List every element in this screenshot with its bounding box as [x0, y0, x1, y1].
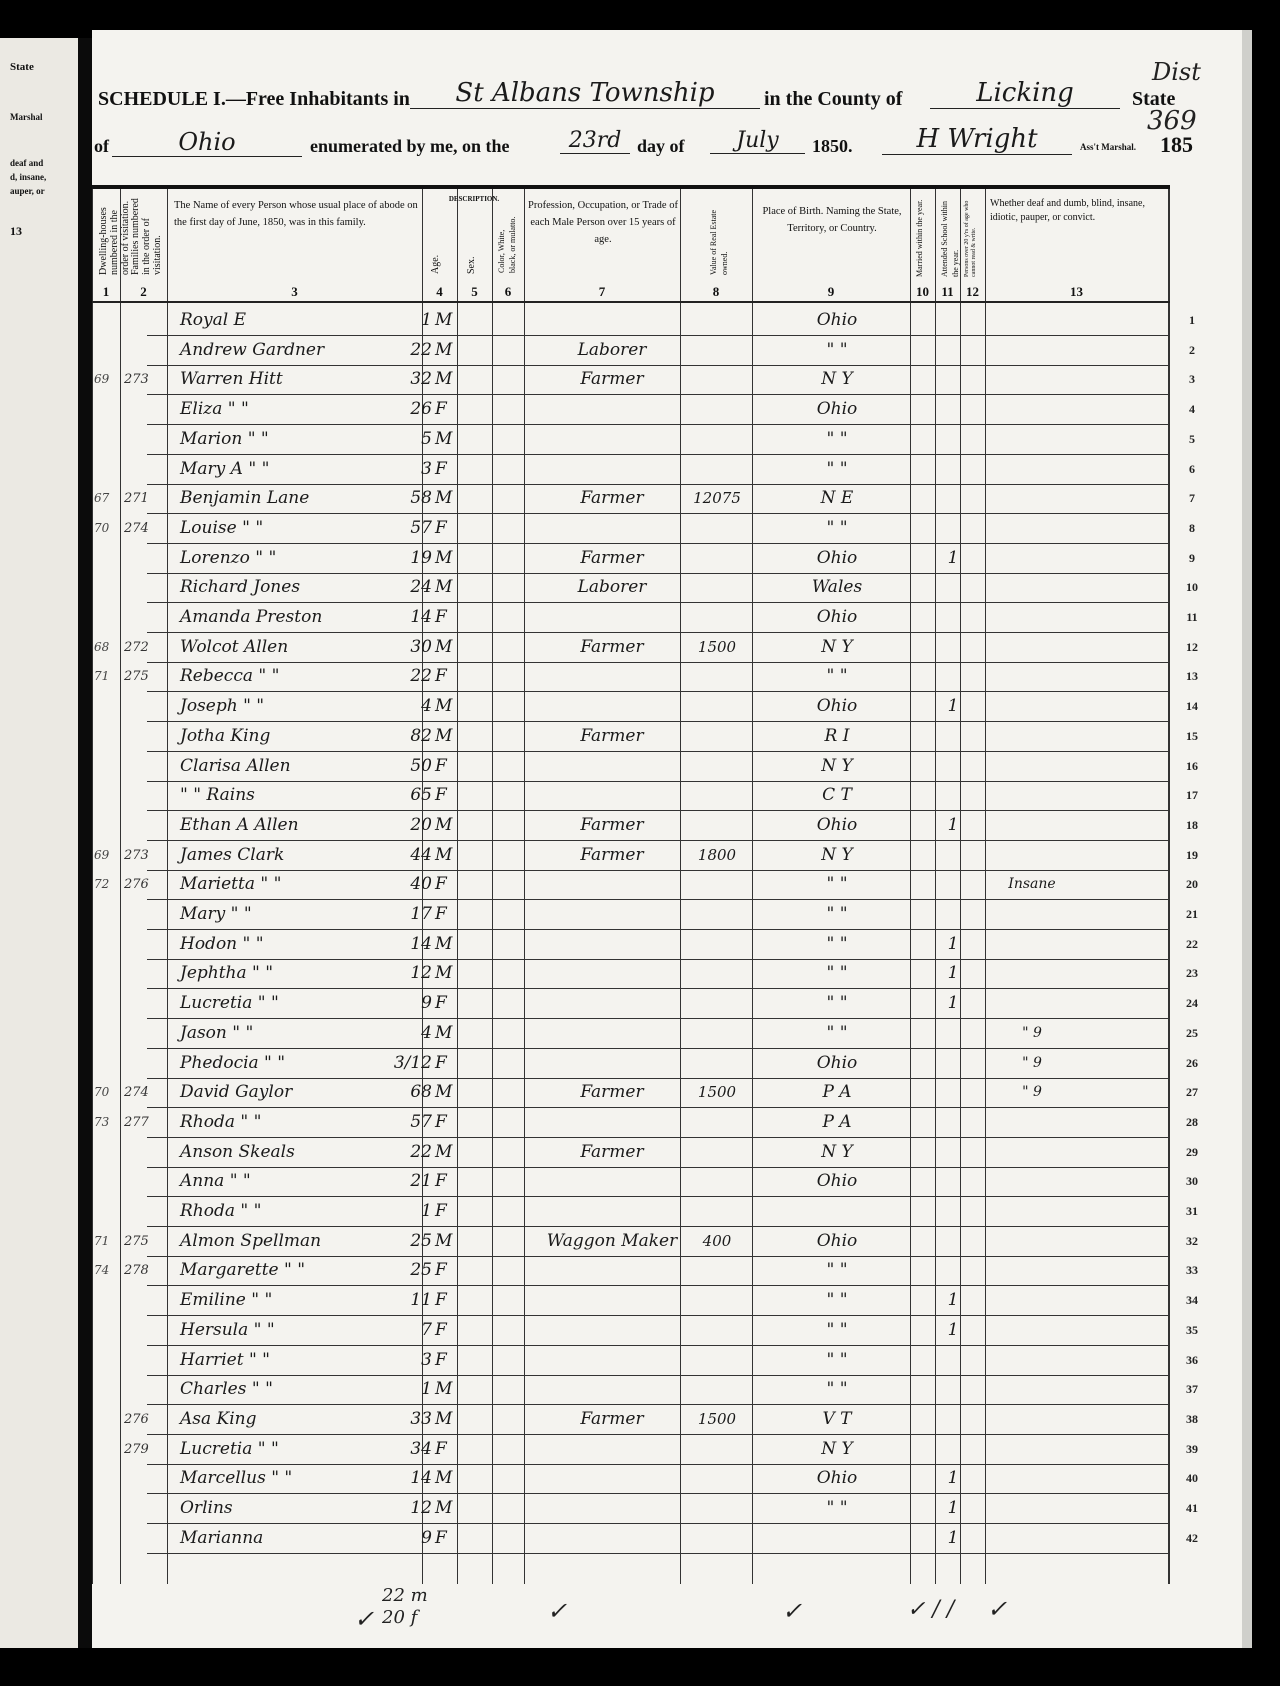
sex: M — [435, 1020, 465, 1047]
sex: M — [435, 1495, 465, 1522]
attended-school-mark — [942, 753, 964, 780]
dwelling-number — [94, 931, 122, 958]
age: 34 — [392, 1436, 432, 1463]
real-estate-value — [682, 1465, 752, 1492]
remarks — [987, 1495, 1077, 1522]
attended-school-mark — [942, 604, 964, 631]
dwelling-number — [94, 753, 122, 780]
remarks — [987, 1109, 1077, 1136]
table-row: Hodon " " 14 M " " 1 22 — [92, 929, 1170, 960]
age: 82 — [392, 723, 432, 750]
remarks — [987, 1139, 1077, 1166]
family-number — [124, 1495, 164, 1522]
line-number: 1 — [1172, 307, 1212, 334]
age: 24 — [392, 574, 432, 601]
month-field: July — [710, 128, 805, 154]
table-row: 72 276 Marietta " " 40 F " " Insane 20 — [92, 869, 1170, 900]
birthplace: N Y — [792, 753, 882, 780]
day-of-label: day of — [637, 136, 685, 157]
dwelling-number: 69 — [94, 366, 122, 393]
birthplace: C T — [792, 782, 882, 809]
row-rule — [147, 1553, 1170, 1554]
line-number: 32 — [1172, 1228, 1212, 1255]
remarks: " 9 — [987, 1079, 1077, 1106]
age: 68 — [392, 1079, 432, 1106]
remarks — [987, 1228, 1077, 1255]
col-number: 7 — [524, 284, 680, 300]
attended-school-mark: 1 — [942, 1287, 964, 1314]
attended-school-mark — [942, 1050, 964, 1077]
age: 32 — [392, 366, 432, 393]
real-estate-value — [682, 1525, 752, 1552]
remarks — [987, 604, 1077, 631]
prev-page-col13-number: 13 — [10, 224, 22, 238]
real-estate-value: 400 — [682, 1228, 752, 1255]
scan-border-bottom — [0, 1648, 1280, 1686]
table-row: Lucretia " " 9 F " " 1 24 — [92, 988, 1170, 1019]
real-estate-value — [682, 515, 752, 542]
sex: F — [435, 1109, 465, 1136]
family-number: 279 — [124, 1436, 164, 1463]
dwelling-number — [94, 396, 122, 423]
family-number: 271 — [124, 485, 164, 512]
table-row: Anson Skeals 22 M Farmer N Y 29 — [92, 1137, 1170, 1168]
attended-school-mark — [942, 1020, 964, 1047]
attended-school-mark — [942, 1079, 964, 1106]
family-number: 274 — [124, 1079, 164, 1106]
real-estate-value: 1500 — [682, 634, 752, 661]
remarks — [987, 753, 1077, 780]
remarks — [987, 1525, 1077, 1552]
sex: M — [435, 366, 465, 393]
real-estate-value: 1500 — [682, 1406, 752, 1433]
age: 58 — [392, 485, 432, 512]
age: 22 — [392, 337, 432, 364]
family-number — [124, 1050, 164, 1077]
table-row: Clarisa Allen 50 F N Y 16 — [92, 751, 1170, 782]
age: 14 — [392, 604, 432, 631]
age: 5 — [392, 426, 432, 453]
attended-school-mark — [942, 842, 964, 869]
birthplace: P A — [792, 1079, 882, 1106]
family-number — [124, 1347, 164, 1374]
dwelling-number — [94, 1020, 122, 1047]
age: 9 — [392, 1525, 432, 1552]
real-estate-value — [682, 1436, 752, 1463]
age: 20 — [392, 812, 432, 839]
dwelling-number — [94, 1465, 122, 1492]
dwelling-number — [94, 1198, 122, 1225]
remarks — [987, 1406, 1077, 1433]
table-row: 71 275 Rebecca " " 22 F " " 13 — [92, 661, 1170, 692]
table-row: Richard Jones 24 M Laborer Wales 10 — [92, 572, 1170, 603]
line-number: 24 — [1172, 990, 1212, 1017]
table-row: Lorenzo " " 19 M Farmer Ohio 1 9 — [92, 543, 1170, 574]
real-estate-value — [682, 871, 752, 898]
dwelling-number: 73 — [94, 1109, 122, 1136]
sex: F — [435, 515, 465, 542]
family-number — [124, 1020, 164, 1047]
attended-school-mark — [942, 396, 964, 423]
real-estate-value — [682, 812, 752, 839]
dwelling-number — [94, 456, 122, 483]
attended-school-mark — [942, 1228, 964, 1255]
col6-header: Color, White, black, or mulatto. — [496, 211, 518, 273]
table-row: 74 278 Margarette " " 25 F " " 33 — [92, 1255, 1170, 1286]
description-group-header: DESCRIPTION. — [424, 191, 524, 208]
age: 4 — [392, 1020, 432, 1047]
table-row: Marianna 9 F 1 42 — [92, 1523, 1170, 1554]
dwelling-number — [94, 960, 122, 987]
tally-check-4: ✓ / / — [907, 1597, 954, 1622]
dwelling-number — [94, 1495, 122, 1522]
attended-school-mark: 1 — [942, 1525, 964, 1552]
printed-page-number: 185 — [1160, 132, 1193, 158]
attended-school-mark: 1 — [942, 990, 964, 1017]
dwelling-number — [94, 604, 122, 631]
real-estate-value — [682, 1198, 752, 1225]
birthplace — [792, 1198, 882, 1225]
birthplace: " " — [792, 901, 882, 928]
birthplace: " " — [792, 960, 882, 987]
birthplace: Ohio — [792, 693, 882, 720]
age: 4 — [392, 693, 432, 720]
sex: F — [435, 990, 465, 1017]
corner-annotation: Dist — [1152, 58, 1201, 86]
real-estate-value — [682, 960, 752, 987]
real-estate-value — [682, 307, 752, 334]
table-row: 67 271 Benjamin Lane 58 M Farmer 12075 N… — [92, 483, 1170, 514]
line-number: 36 — [1172, 1347, 1212, 1374]
line-number: 35 — [1172, 1317, 1212, 1344]
tally-check-2: ✓ — [547, 1597, 567, 1625]
sex: M — [435, 426, 465, 453]
sex: M — [435, 337, 465, 364]
prev-page-col13-fragment-3: auper, or — [10, 184, 45, 198]
sex: M — [435, 1079, 465, 1106]
age: 57 — [392, 515, 432, 542]
real-estate-value — [682, 723, 752, 750]
table-row: Marion " " 5 M " " 5 — [92, 424, 1170, 455]
attended-school-mark — [942, 515, 964, 542]
age: 3 — [392, 456, 432, 483]
table-row: Andrew Gardner 22 M Laborer " " 2 — [92, 335, 1170, 366]
birthplace: P A — [792, 1109, 882, 1136]
remarks — [987, 1347, 1077, 1374]
real-estate-value — [682, 1020, 752, 1047]
remarks — [987, 485, 1077, 512]
age: 30 — [392, 634, 432, 661]
age: 11 — [392, 1287, 432, 1314]
dwelling-number — [94, 812, 122, 839]
line-number: 5 — [1172, 426, 1212, 453]
attended-school-mark — [942, 901, 964, 928]
line-number: 4 — [1172, 396, 1212, 423]
birthplace: " " — [792, 1020, 882, 1047]
birthplace: N E — [792, 485, 882, 512]
age: 3/12 — [392, 1050, 432, 1077]
birthplace: " " — [792, 871, 882, 898]
age: 19 — [392, 545, 432, 572]
schedule-title: SCHEDULE I.—Free Inhabitants in — [98, 88, 410, 111]
birthplace: Ohio — [792, 1228, 882, 1255]
line-number: 8 — [1172, 515, 1212, 542]
remarks — [987, 663, 1077, 690]
birthplace: N Y — [792, 634, 882, 661]
dwelling-number — [94, 1376, 122, 1403]
attended-school-mark — [942, 485, 964, 512]
birthplace: " " — [792, 1317, 882, 1344]
real-estate-value: 1500 — [682, 1079, 752, 1106]
family-number: 277 — [124, 1109, 164, 1136]
age: 50 — [392, 753, 432, 780]
col-number: 12 — [960, 284, 985, 300]
line-number: 13 — [1172, 663, 1212, 690]
line-number: 27 — [1172, 1079, 1212, 1106]
dwelling-number — [94, 307, 122, 334]
line-number: 33 — [1172, 1257, 1212, 1284]
state-field: Ohio — [112, 128, 302, 157]
line-number: 14 — [1172, 693, 1212, 720]
line-number: 9 — [1172, 545, 1212, 572]
attended-school-mark: 1 — [942, 1495, 964, 1522]
line-number: 18 — [1172, 812, 1212, 839]
line-number: 34 — [1172, 1287, 1212, 1314]
table-row: 73 277 Rhoda " " 57 F P A 28 — [92, 1107, 1170, 1138]
col11-header: Attended School within the year. — [939, 193, 961, 277]
dwelling-number — [94, 782, 122, 809]
remarks — [987, 901, 1077, 928]
attended-school-mark: 1 — [942, 1465, 964, 1492]
real-estate-value: 1800 — [682, 842, 752, 869]
remarks — [987, 396, 1077, 423]
family-number — [124, 574, 164, 601]
line-number: 28 — [1172, 1109, 1212, 1136]
family-number — [124, 1465, 164, 1492]
marshal-label: Ass't Marshal. — [1080, 142, 1136, 152]
dwelling-number — [94, 1436, 122, 1463]
family-number — [124, 1317, 164, 1344]
col10-header: Married within the year. — [914, 193, 925, 277]
dwelling-number: 69 — [94, 842, 122, 869]
dwelling-number — [94, 1317, 122, 1344]
real-estate-value — [682, 1287, 752, 1314]
dwelling-number — [94, 901, 122, 928]
line-number: 17 — [1172, 782, 1212, 809]
sex: M — [435, 1228, 465, 1255]
dwelling-number: 71 — [94, 1228, 122, 1255]
sex: F — [435, 1168, 465, 1195]
col5-header: Sex. — [466, 239, 477, 274]
family-number: 275 — [124, 663, 164, 690]
attended-school-mark: 1 — [942, 693, 964, 720]
age: 22 — [392, 1139, 432, 1166]
line-number: 40 — [1172, 1465, 1212, 1492]
col-number: 10 — [910, 284, 935, 300]
sex: M — [435, 307, 465, 334]
dwelling-number — [94, 1347, 122, 1374]
table-row: Hersula " " 7 F " " 1 35 — [92, 1315, 1170, 1346]
age: 1 — [392, 1198, 432, 1225]
sex: M — [435, 723, 465, 750]
table-row: Mary " " 17 F " " 21 — [92, 899, 1170, 930]
remarks — [987, 1198, 1077, 1225]
sex: F — [435, 871, 465, 898]
dwelling-number — [94, 1525, 122, 1552]
age: 57 — [392, 1109, 432, 1136]
sex: M — [435, 960, 465, 987]
remarks — [987, 842, 1077, 869]
header-line-2: of Ohio enumerated by me, on the 23rd da… — [92, 128, 1242, 168]
remarks — [987, 307, 1077, 334]
family-number — [124, 782, 164, 809]
birthplace: Ohio — [792, 604, 882, 631]
real-estate-value — [682, 1495, 752, 1522]
line-number: 21 — [1172, 901, 1212, 928]
birthplace: " " — [792, 337, 882, 364]
family-number — [124, 931, 164, 958]
binding-shadow — [78, 38, 92, 1648]
total-males: 22 m — [382, 1585, 428, 1606]
remarks — [987, 456, 1077, 483]
attended-school-mark — [942, 1198, 964, 1225]
age: 26 — [392, 396, 432, 423]
remarks — [987, 1168, 1077, 1195]
age: 44 — [392, 842, 432, 869]
attended-school-mark — [942, 307, 964, 334]
sex: F — [435, 782, 465, 809]
family-number — [124, 1198, 164, 1225]
family-number — [124, 990, 164, 1017]
sex: F — [435, 1525, 465, 1552]
family-number: 274 — [124, 515, 164, 542]
family-number — [124, 1168, 164, 1195]
family-number — [124, 396, 164, 423]
birthplace: " " — [792, 515, 882, 542]
real-estate-value — [682, 366, 752, 393]
real-estate-value — [682, 456, 752, 483]
age: 21 — [392, 1168, 432, 1195]
col9-header: Place of Birth. Naming the State, Territ… — [757, 203, 907, 237]
table-row: Jotha King 82 M Farmer R I 15 — [92, 721, 1170, 752]
col-number: 5 — [457, 284, 492, 300]
line-number: 41 — [1172, 1495, 1212, 1522]
table-row: Anna " " 21 F Ohio 30 — [92, 1166, 1170, 1197]
col12-header: Persons over 20 y'rs of age who cannot r… — [964, 193, 978, 277]
county-label: in the County of — [764, 88, 902, 111]
age: 9 — [392, 990, 432, 1017]
sex: M — [435, 693, 465, 720]
sex: F — [435, 396, 465, 423]
birthplace: Ohio — [792, 545, 882, 572]
family-number — [124, 604, 164, 631]
dwelling-number — [94, 990, 122, 1017]
prev-page-marshal-label: Marshal — [10, 110, 43, 124]
sex: M — [435, 1376, 465, 1403]
attended-school-mark: 1 — [942, 960, 964, 987]
birthplace: " " — [792, 1495, 882, 1522]
family-number — [124, 960, 164, 987]
age: 14 — [392, 1465, 432, 1492]
table-row: Eliza " " 26 F Ohio 4 — [92, 394, 1170, 425]
real-estate-value — [682, 604, 752, 631]
family-number — [124, 545, 164, 572]
remarks — [987, 515, 1077, 542]
line-number: 3 — [1172, 366, 1212, 393]
age: 1 — [392, 307, 432, 334]
remarks — [987, 574, 1077, 601]
birthplace: Ohio — [792, 1050, 882, 1077]
remarks: " 9 — [987, 1020, 1077, 1047]
remarks — [987, 1317, 1077, 1344]
real-estate-value — [682, 753, 752, 780]
real-estate-value — [682, 1139, 752, 1166]
table-row: Orlins 12 M " " 1 41 — [92, 1493, 1170, 1524]
scan-border-top — [0, 0, 1280, 30]
birthplace: Ohio — [792, 396, 882, 423]
table-row: 68 272 Wolcot Allen 30 M Farmer 1500 N Y… — [92, 632, 1170, 663]
birthplace: " " — [792, 931, 882, 958]
age: 12 — [392, 1495, 432, 1522]
real-estate-value — [682, 782, 752, 809]
birthplace: Ohio — [792, 812, 882, 839]
sex: M — [435, 1465, 465, 1492]
table-row: Emiline " " 11 F " " 1 34 — [92, 1285, 1170, 1316]
col-number: 2 — [120, 284, 167, 300]
attended-school-mark — [942, 1347, 964, 1374]
attended-school-mark — [942, 456, 964, 483]
col4-header: Age. — [430, 239, 441, 274]
real-estate-value — [682, 1050, 752, 1077]
header-line-1: SCHEDULE I.—Free Inhabitants in St Alban… — [92, 78, 1242, 118]
family-number — [124, 1376, 164, 1403]
remarks — [987, 1465, 1077, 1492]
line-number: 19 — [1172, 842, 1212, 869]
remarks: Insane — [987, 871, 1077, 898]
family-number: 273 — [124, 842, 164, 869]
township-field: St Albans Township — [410, 78, 760, 109]
dwelling-number — [94, 693, 122, 720]
family-number — [124, 307, 164, 334]
line-number: 29 — [1172, 1139, 1212, 1166]
real-estate-value — [682, 1168, 752, 1195]
line-number: 20 — [1172, 871, 1212, 898]
prev-page-col13-fragment-1: deaf and — [10, 156, 43, 170]
attended-school-mark — [942, 366, 964, 393]
attended-school-mark — [942, 337, 964, 364]
col-number: 11 — [935, 284, 960, 300]
col-number: 13 — [985, 284, 1168, 300]
sex: F — [435, 604, 465, 631]
attended-school-mark — [942, 426, 964, 453]
real-estate-value — [682, 574, 752, 601]
sex: M — [435, 545, 465, 572]
line-number: 26 — [1172, 1050, 1212, 1077]
scan-border-right — [1242, 30, 1280, 1650]
dwelling-number — [94, 426, 122, 453]
tally-check-1: ✓ — [354, 1605, 374, 1633]
family-number: 276 — [124, 871, 164, 898]
birthplace: V T — [792, 1406, 882, 1433]
table-row: 71 275 Almon Spellman 25 M Waggon Maker … — [92, 1226, 1170, 1257]
family-number: 278 — [124, 1257, 164, 1284]
col-number: 3 — [167, 284, 422, 300]
sex: M — [435, 574, 465, 601]
attended-school-mark: 1 — [942, 812, 964, 839]
attended-school-mark: 1 — [942, 1317, 964, 1344]
remarks — [987, 782, 1077, 809]
birthplace — [792, 1525, 882, 1552]
